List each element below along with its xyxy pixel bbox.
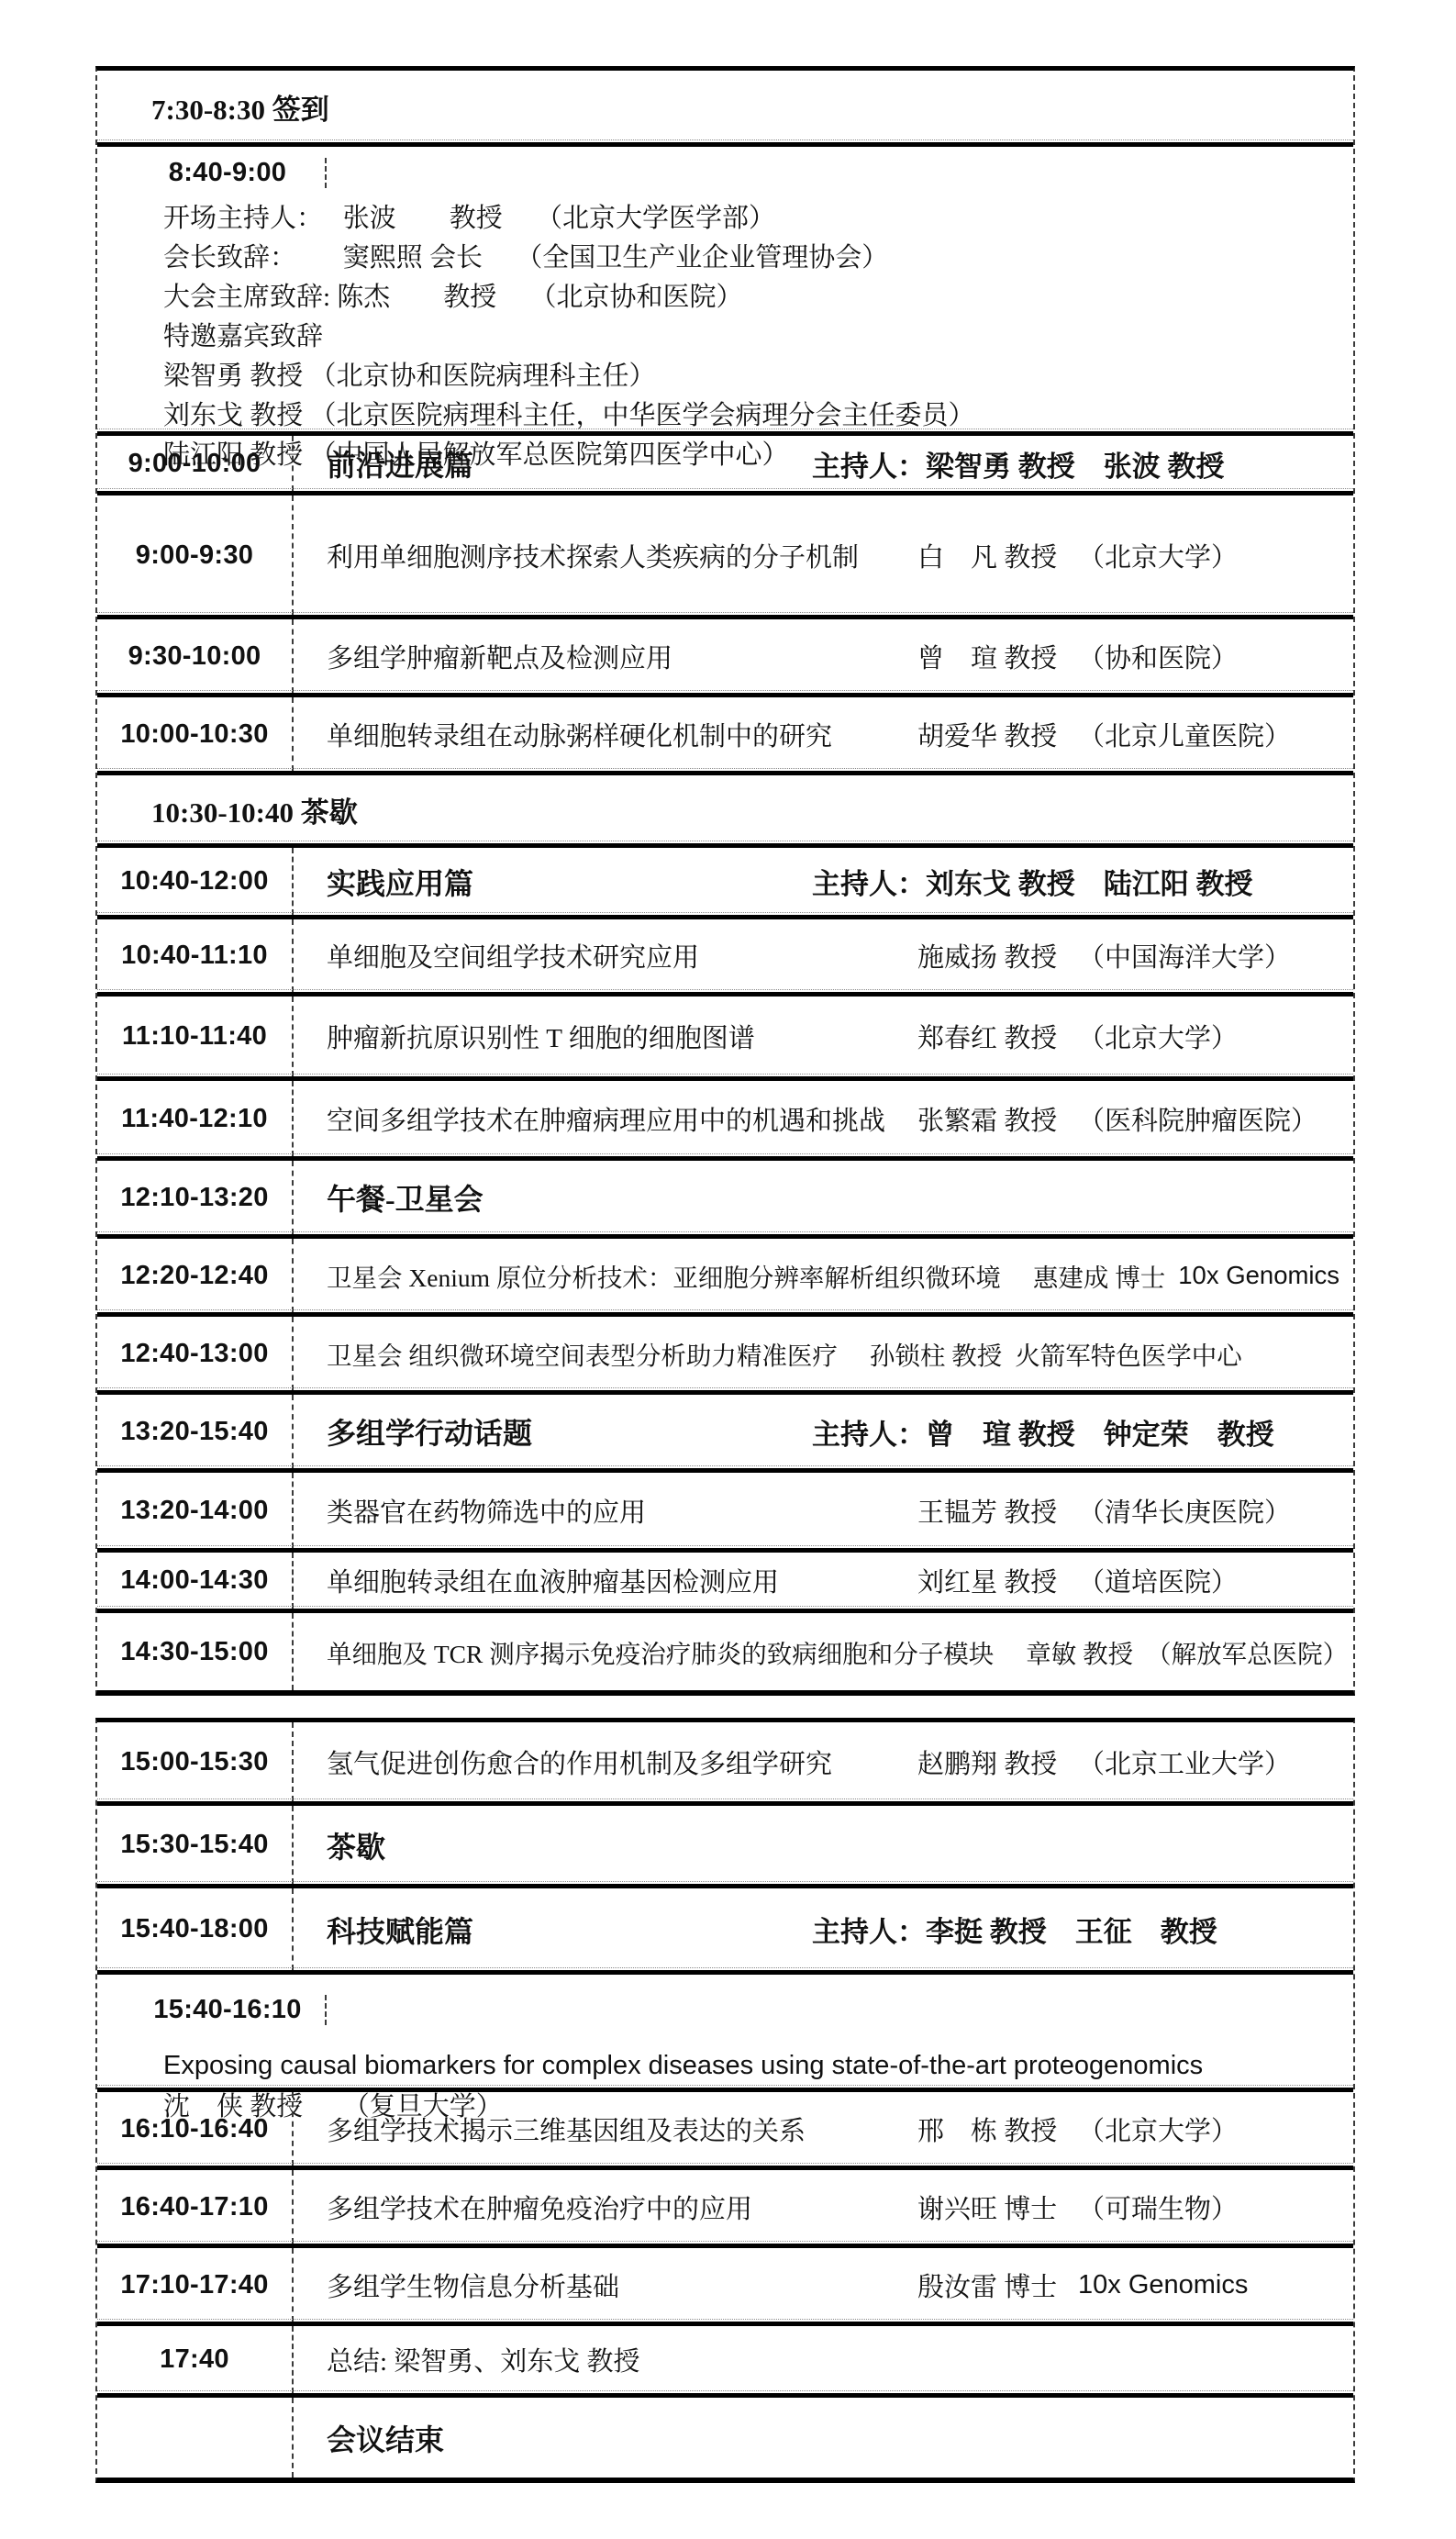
speaker-name: 殷汝雷 博士 xyxy=(917,2266,1078,2304)
time-label: 14:30-15:00 xyxy=(120,1637,268,1667)
conference-agenda-page: 7:30-8:30 签到8:40-9:00开场主持人： 张波 教授 （北京大学医… xyxy=(0,0,1456,2539)
time-cell: 15:40-16:10 xyxy=(130,1995,327,2025)
talk-title: 利用单细胞测序技术探索人类疾病的分子机制 xyxy=(327,537,859,574)
time-label: 17:10-17:40 xyxy=(120,2270,268,2300)
schedule-row: 10:00-10:30单细胞转录组在动脉粥样硬化机制中的研究胡爱华 教授（北京儿… xyxy=(97,697,1353,775)
row-label: 茶歇 xyxy=(327,1824,385,1866)
time-label: 15:40-16:10 xyxy=(153,1995,301,2025)
schedule-row: 10:40-11:10单细胞及空间组学技术研究应用施威扬 教授（中国海洋大学） xyxy=(97,919,1353,997)
speaker-affiliation: （医科院肿瘤医院） xyxy=(1078,1100,1351,1138)
talk-title: 单细胞转录组在血液肿瘤基因检测应用 xyxy=(327,1562,779,1599)
time-label: 11:40-12:10 xyxy=(121,1104,268,1134)
session-cell: 前沿进展篇主持人：梁智勇 教授 张波 教授 xyxy=(294,436,1353,491)
talk-title: 单细胞及空间组学技术研究应用 xyxy=(327,937,699,974)
merged-time-label: 7:30-8:30 签到 xyxy=(97,71,1353,142)
talk-cell: 多组学生物信息分析基础殷汝雷 博士10x Genomics xyxy=(294,2248,1353,2322)
talk-title: 多组学生物信息分析基础 xyxy=(327,2266,619,2304)
schedule-row: 15:40-18:00科技赋能篇主持人：李挺 教授 王征 教授 xyxy=(97,1888,1353,1975)
row-label: 午餐-卫星会 xyxy=(327,1176,483,1219)
speaker-name: 章敏 教授 xyxy=(1026,1633,1133,1670)
label-cell: 午餐-卫星会 xyxy=(294,1161,1353,1234)
time-cell: 10:00-10:30 xyxy=(97,697,294,771)
talk-cell: 卫星会 Xenium 原位分析技术：亚细胞分辨率解析组织微环境惠建成 博士10x… xyxy=(294,1239,1353,1312)
speaker-name: 邢 栋 教授 xyxy=(917,2110,1078,2148)
schedule-row: 15:30-15:40茶歇 xyxy=(97,1806,1353,1888)
schedule-row: 14:30-15:00单细胞及 TCR 测序揭示免疫治疗肺炎的致病细胞和分子模块… xyxy=(97,1613,1353,1690)
row-label: 会议结束 xyxy=(327,2417,444,2459)
time-label: 8:40-9:00 xyxy=(169,158,286,188)
time-cell: 15:40-18:00 xyxy=(97,1888,294,1970)
opening-line: 开场主持人： 张波 教授 （北京大学医学部） xyxy=(163,199,1353,239)
opening-line: 大会主席致辞: 陈杰 教授 （北京协和医院） xyxy=(163,278,1353,317)
time-label: 14:00-14:30 xyxy=(120,1565,268,1596)
schedule-row: 13:20-14:00类器官在药物筛选中的应用王韫芳 教授（清华长庚医院） xyxy=(97,1473,1353,1553)
talk-cell: 多组学肿瘤新靶点及检测应用曾 瑄 教授（协和医院） xyxy=(294,619,1353,693)
speaker-name: 郑春红 教授 xyxy=(917,1018,1078,1055)
host-label: 主持人：梁智勇 教授 张波 教授 xyxy=(812,443,1351,484)
schedule-table-morning: 7:30-8:30 签到8:40-9:00开场主持人： 张波 教授 （北京大学医… xyxy=(95,66,1355,1696)
talk-cell: 单细胞及空间组学技术研究应用施威扬 教授（中国海洋大学） xyxy=(294,919,1353,992)
time-cell: 17:40 xyxy=(97,2326,294,2393)
time-label: 17:40 xyxy=(160,2344,229,2375)
speaker-affiliation: （道培医院） xyxy=(1078,1562,1351,1599)
session-cell: 科技赋能篇主持人：李挺 教授 王征 教授 xyxy=(294,1888,1353,1970)
schedule-row: 14:00-14:30单细胞转录组在血液肿瘤基因检测应用刘红星 教授（道培医院） xyxy=(97,1553,1353,1613)
session-cell: 实践应用篇主持人：刘东戈 教授 陆江阳 教授 xyxy=(294,848,1353,915)
opening-remarks: 开场主持人： 张波 教授 （北京大学医学部）会长致辞： 窦熙照 会长 （全国卫生… xyxy=(130,188,1353,475)
talk-title: 单细胞转录组在动脉粥样硬化机制中的研究 xyxy=(327,716,832,753)
time-cell: 13:20-14:00 xyxy=(97,1473,294,1548)
schedule-table-afternoon: 15:00-15:30氢气促进创伤愈合的作用机制及多组学研究赵鹏翔 教授（北京工… xyxy=(95,1718,1355,2483)
schedule-row: 10:30-10:40 茶歇 xyxy=(97,775,1353,848)
time-cell: 9:00-9:30 xyxy=(97,496,294,615)
schedule-row: 11:10-11:40肿瘤新抗原识别性 T 细胞的细胞图谱郑春红 教授（北京大学… xyxy=(97,997,1353,1081)
speaker-affiliation: （清华长庚医院） xyxy=(1078,1492,1351,1530)
time-cell: 10:40-11:10 xyxy=(97,919,294,992)
schedule-row: 9:30-10:00多组学肿瘤新靶点及检测应用曾 瑄 教授（协和医院） xyxy=(97,619,1353,697)
speaker-affiliation: （解放军总医院） xyxy=(1146,1633,1348,1670)
time-label: 16:10-16:40 xyxy=(120,2114,268,2144)
schedule-row: 10:40-12:00实践应用篇主持人：刘东戈 教授 陆江阳 教授 xyxy=(97,848,1353,919)
opening-line: 刘东戈 教授 （北京医院病理科主任，中华医学会病理分会主任委员） xyxy=(163,396,1353,436)
schedule-row: 11:40-12:10空间多组学技术在肿瘤病理应用中的机遇和挑战张繁霜 教授（医… xyxy=(97,1081,1353,1161)
schedule-row: 17:10-17:40多组学生物信息分析基础殷汝雷 博士10x Genomics xyxy=(97,2248,1353,2326)
speaker-affiliation: （北京大学） xyxy=(1078,2110,1351,2148)
host-label: 主持人：刘东戈 教授 陆江阳 教授 xyxy=(812,861,1351,902)
speaker-affiliation: 10x Genomics xyxy=(1178,1261,1339,1290)
label-cell: 总结: 梁智勇、刘东戈 教授 xyxy=(294,2326,1353,2393)
time-label: 10:00-10:30 xyxy=(120,719,268,750)
label-cell: 茶歇 xyxy=(294,1806,1353,1884)
time-cell: 11:10-11:40 xyxy=(97,997,294,1076)
speaker-affiliation: （北京大学） xyxy=(1078,537,1351,574)
time-label: 9:00-9:30 xyxy=(136,540,253,571)
time-cell: 9:30-10:00 xyxy=(97,619,294,693)
time-cell: 14:30-15:00 xyxy=(97,1613,294,1690)
schedule-row: 9:00-10:00前沿进展篇主持人：梁智勇 教授 张波 教授 xyxy=(97,436,1353,496)
time-cell: 16:10-16:40 xyxy=(97,2092,294,2166)
time-cell: 11:40-12:10 xyxy=(97,1081,294,1156)
speaker-name: 惠建成 博士 xyxy=(1033,1257,1165,1294)
session-cell: 多组学行动话题主持人：曾 瑄 教授 钟定荣 教授 xyxy=(294,1395,1353,1468)
schedule-row: 15:40-16:10Exposing causal biomarkers fo… xyxy=(97,1975,1353,2092)
session-title: 多组学行动话题 xyxy=(327,1410,532,1453)
speaker-affiliation: （协和医院） xyxy=(1078,638,1351,675)
talk-cell: 利用单细胞测序技术探索人类疾病的分子机制白 凡 教授（北京大学） xyxy=(294,496,1353,615)
time-label: 11:10-11:40 xyxy=(122,1021,267,1052)
time-cell: 17:10-17:40 xyxy=(97,2248,294,2322)
talk-cell: 氢气促进创伤愈合的作用机制及多组学研究赵鹏翔 教授（北京工业大学） xyxy=(294,1722,1353,1801)
time-label: 13:20-15:40 xyxy=(120,1417,268,1447)
talk-title: 类器官在药物筛选中的应用 xyxy=(327,1492,646,1530)
time-label: 10:40-11:10 xyxy=(121,941,268,971)
talk-title: 卫星会 组织微环境空间表型分析助力精准医疗 xyxy=(327,1335,838,1372)
opening-line: 会长致辞： 窦熙照 会长 （全国卫生产业企业管理协会） xyxy=(163,239,1353,278)
speaker-name: 施威扬 教授 xyxy=(917,937,1078,974)
speaker-name: 王韫芳 教授 xyxy=(917,1492,1078,1530)
speaker-affiliation: （北京大学） xyxy=(1078,1018,1351,1055)
schedule-row: 7:30-8:30 签到 xyxy=(97,71,1353,147)
talk-cell: 卫星会 组织微环境空间表型分析助力精准医疗孙锁柱 教授火箭军特色医学中心 xyxy=(294,1317,1353,1390)
speaker-name: 曾 瑄 教授 xyxy=(917,638,1078,675)
talk-title: 多组学肿瘤新靶点及检测应用 xyxy=(327,638,672,675)
talk-title: 多组学技术揭示三维基因组及表达的关系 xyxy=(327,2110,806,2148)
talk-cell: 空间多组学技术在肿瘤病理应用中的机遇和挑战张繁霜 教授（医科院肿瘤医院） xyxy=(294,1081,1353,1156)
speaker-name: 张繁霜 教授 xyxy=(917,1100,1078,1138)
schedule-row: 17:40总结: 梁智勇、刘东戈 教授 xyxy=(97,2326,1353,2398)
session-title: 前沿进展篇 xyxy=(327,442,473,484)
speaker-affiliation: （北京儿童医院） xyxy=(1078,716,1351,753)
schedule-row: 13:20-15:40多组学行动话题主持人：曾 瑄 教授 钟定荣 教授 xyxy=(97,1395,1353,1473)
time-label: 12:40-13:00 xyxy=(120,1339,268,1369)
schedule-row: 12:10-13:20午餐-卫星会 xyxy=(97,1161,1353,1239)
row-label: 总结: 梁智勇、刘东戈 教授 xyxy=(327,2341,640,2378)
speaker-affiliation: （可瑞生物） xyxy=(1078,2188,1351,2226)
schedule-row: 15:00-15:30氢气促进创伤愈合的作用机制及多组学研究赵鹏翔 教授（北京工… xyxy=(97,1722,1353,1806)
speaker-affiliation: 10x Genomics xyxy=(1078,2270,1351,2300)
time-cell: 13:20-15:40 xyxy=(97,1395,294,1468)
time-cell: 12:10-13:20 xyxy=(97,1161,294,1234)
talk-title: Exposing causal biomarkers for complex d… xyxy=(163,2045,1353,2087)
talk-cell: 单细胞转录组在血液肿瘤基因检测应用刘红星 教授（道培医院） xyxy=(294,1553,1353,1609)
talk-cell: 多组学技术揭示三维基因组及表达的关系邢 栋 教授（北京大学） xyxy=(294,2092,1353,2166)
time-cell: 12:20-12:40 xyxy=(97,1239,294,1312)
schedule-row: 8:40-9:00开场主持人： 张波 教授 （北京大学医学部）会长致辞： 窦熙照… xyxy=(97,147,1353,436)
schedule-row: 12:20-12:40卫星会 Xenium 原位分析技术：亚细胞分辨率解析组织微… xyxy=(97,1239,1353,1317)
schedule-row: 16:10-16:40多组学技术揭示三维基因组及表达的关系邢 栋 教授（北京大学… xyxy=(97,2092,1353,2170)
session-title: 实践应用篇 xyxy=(327,861,473,903)
time-label: 15:30-15:40 xyxy=(120,1830,268,1860)
speaker-name: 刘红星 教授 xyxy=(917,1562,1078,1599)
talk-title: 单细胞及 TCR 测序揭示免疫治疗肺炎的致病细胞和分子模块 xyxy=(327,1633,994,1670)
time-cell: 9:00-10:00 xyxy=(97,436,294,491)
time-label: 12:20-12:40 xyxy=(120,1261,268,1291)
speaker-name: 谢兴旺 博士 xyxy=(917,2188,1078,2226)
schedule-row: 9:00-9:30利用单细胞测序技术探索人类疾病的分子机制白 凡 教授（北京大学… xyxy=(97,496,1353,619)
speaker-affiliation: （北京工业大学） xyxy=(1078,1743,1351,1781)
talk-title: 氢气促进创伤愈合的作用机制及多组学研究 xyxy=(327,1743,832,1781)
talk-title: 卫星会 Xenium 原位分析技术：亚细胞分辨率解析组织微环境 xyxy=(327,1257,1001,1294)
time-cell: 10:40-12:00 xyxy=(97,848,294,915)
talk-title: 多组学技术在肿瘤免疫治疗中的应用 xyxy=(327,2188,752,2226)
schedule-row: 会议结束 xyxy=(97,2398,1353,2478)
time-label: 13:20-14:00 xyxy=(120,1496,268,1526)
talk-cell: 单细胞转录组在动脉粥样硬化机制中的研究胡爱华 教授（北京儿童医院） xyxy=(294,697,1353,771)
speaker-name: 胡爱华 教授 xyxy=(917,716,1078,753)
schedule-row: 16:40-17:10多组学技术在肿瘤免疫治疗中的应用谢兴旺 博士（可瑞生物） xyxy=(97,2170,1353,2248)
speaker-name: 白 凡 教授 xyxy=(917,537,1078,574)
label-cell: 会议结束 xyxy=(294,2398,1353,2478)
time-label: 9:30-10:00 xyxy=(128,641,261,672)
host-label: 主持人：李挺 教授 王征 教授 xyxy=(812,1909,1351,1950)
talk-cell: 多组学技术在肿瘤免疫治疗中的应用谢兴旺 博士（可瑞生物） xyxy=(294,2170,1353,2244)
time-cell xyxy=(97,2398,294,2478)
talk-title: 空间多组学技术在肿瘤病理应用中的机遇和挑战 xyxy=(327,1100,885,1138)
opening-line: 梁智勇 教授 （北京协和医院病理科主任） xyxy=(163,357,1353,396)
time-label: 16:40-17:10 xyxy=(120,2192,268,2222)
time-cell: 12:40-13:00 xyxy=(97,1317,294,1390)
opening-line: 特邀嘉宾致辞 xyxy=(163,317,1353,357)
talk-title: 肿瘤新抗原识别性 T 细胞的细胞图谱 xyxy=(327,1018,755,1055)
time-cell: 16:40-17:10 xyxy=(97,2170,294,2244)
host-label: 主持人：曾 瑄 教授 钟定荣 教授 xyxy=(812,1411,1351,1453)
speaker-name: 赵鹏翔 教授 xyxy=(917,1743,1078,1781)
session-title: 科技赋能篇 xyxy=(327,1909,473,1951)
time-label: 15:40-18:00 xyxy=(120,1914,268,1944)
merged-time-label: 10:30-10:40 茶歇 xyxy=(97,775,1353,843)
time-label: 9:00-10:00 xyxy=(128,449,261,479)
schedule-row: 12:40-13:00卫星会 组织微环境空间表型分析助力精准医疗孙锁柱 教授火箭… xyxy=(97,1317,1353,1395)
speaker-affiliation: （中国海洋大学） xyxy=(1078,937,1351,974)
time-cell: 15:30-15:40 xyxy=(97,1806,294,1884)
time-cell: 15:00-15:30 xyxy=(97,1722,294,1801)
time-cell: 14:00-14:30 xyxy=(97,1553,294,1609)
speaker-affiliation: 火箭军特色医学中心 xyxy=(1015,1335,1242,1372)
talk-cell: 类器官在药物筛选中的应用王韫芳 教授（清华长庚医院） xyxy=(294,1473,1353,1548)
time-label: 10:40-12:00 xyxy=(120,866,268,896)
talk-cell: 肿瘤新抗原识别性 T 细胞的细胞图谱郑春红 教授（北京大学） xyxy=(294,997,1353,1076)
time-label: 15:00-15:30 xyxy=(120,1747,268,1777)
talk-cell: 单细胞及 TCR 测序揭示免疫治疗肺炎的致病细胞和分子模块章敏 教授（解放军总医… xyxy=(294,1613,1353,1690)
speaker-name: 孙锁柱 教授 xyxy=(870,1335,1002,1372)
time-label: 12:10-13:20 xyxy=(120,1183,268,1213)
time-cell: 8:40-9:00 xyxy=(130,158,327,188)
